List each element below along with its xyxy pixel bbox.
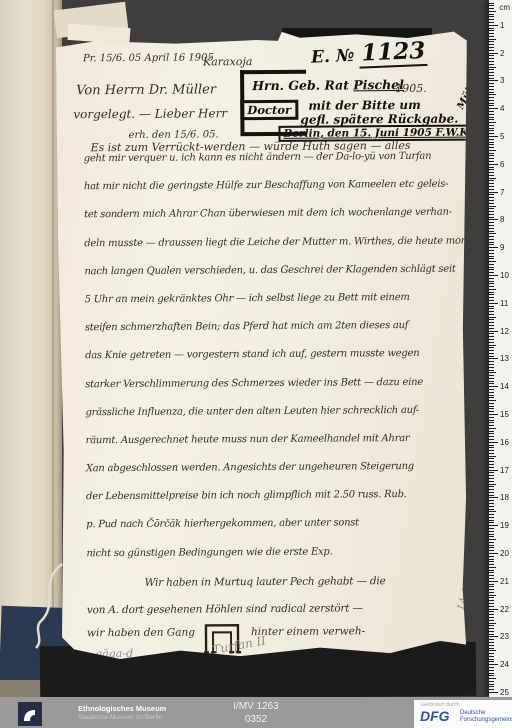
ruler-tick (489, 28, 494, 29)
ruler-tick (489, 522, 494, 523)
ruler-tick (489, 408, 494, 409)
ruler-tick (489, 206, 496, 207)
ruler-tick (489, 92, 494, 93)
ruler-tick (489, 331, 498, 332)
ruler-tick (489, 264, 494, 265)
ruler-tick (489, 225, 494, 226)
manuscript-line: nicht so günstigen Bedingungen wie die e… (86, 545, 485, 576)
ruler-tick (489, 64, 494, 65)
recipient-title: Hrn. Geb. Rat (252, 77, 353, 93)
ruler-tick (489, 130, 494, 131)
ruler-tick (489, 484, 496, 485)
museum-text-block: Ethnologisches Museum Staatliche Museen … (78, 704, 166, 722)
ruler-tick (489, 78, 494, 79)
ruler-tick (489, 567, 496, 568)
ruler-tick (489, 58, 494, 59)
ruler-tick (489, 97, 494, 98)
ruler-tick (489, 559, 494, 560)
ruler-tick (489, 286, 494, 287)
ruler-tick (489, 389, 494, 390)
scan-stage: 43 Pr. 15/6. 05 April 16 1905 Karaxoja E… (0, 0, 512, 728)
ruler-tick (489, 620, 494, 621)
manuscript-line: Xan abgeschlossen werden. Angesichts der… (86, 461, 485, 492)
ruler-tick (489, 61, 494, 62)
ruler-tick (489, 306, 494, 307)
ruler-tick (489, 192, 498, 193)
ruler-tick (489, 600, 494, 601)
manuscript-line: tet sondern mich Ahrar Chan überwiesen m… (84, 207, 483, 238)
ruler-tick (489, 470, 498, 471)
ruler-tick (489, 447, 494, 448)
ruler-number: 16 (500, 438, 509, 447)
ruler-tick (489, 528, 494, 529)
ruler-tick (489, 545, 494, 546)
ruler-tick (489, 383, 494, 384)
ruler-tick (489, 180, 494, 181)
ruler-tick (489, 486, 494, 487)
ruler-tick (489, 397, 494, 398)
ruler-number: 8 (500, 215, 504, 224)
ruler-tick (489, 19, 494, 20)
ruler-tick (489, 442, 498, 443)
recipient-year: 1905. (395, 82, 427, 95)
letter-body: geht mir verquer u. ich kann es nicht än… (84, 150, 486, 576)
ruler-tick (489, 203, 494, 204)
salutation-line: vorgelegt. — Lieber Herr (73, 106, 227, 121)
ruler-number: 9 (500, 243, 504, 252)
ruler-tick (489, 364, 494, 365)
ruler-number: 23 (500, 632, 509, 641)
manuscript-line: der Lebensmittelpreise bin ich noch glim… (86, 489, 485, 520)
ruler-tick (489, 194, 494, 195)
ruler-tick (489, 464, 494, 465)
ruler-tick (489, 186, 494, 187)
ruler-tick (489, 30, 494, 31)
ruler-tick (489, 336, 494, 337)
ruler-tick (489, 233, 496, 234)
received-note: erh. den 15/6. 05. (128, 129, 218, 141)
ruler-tick (489, 478, 494, 479)
ruler-tick (489, 439, 494, 440)
ruler-tick (489, 539, 496, 540)
ruler-tick (489, 414, 498, 415)
ruler-tick (489, 586, 494, 587)
ruler-tick (489, 267, 494, 268)
ruler-tick (489, 72, 494, 73)
ruler-tick (489, 497, 498, 498)
manuscript-line: das Knie getreten — vorgestern stand ich… (85, 348, 484, 379)
museum-logo (18, 702, 42, 726)
ruler-tick (489, 628, 494, 629)
ruler-tick (489, 500, 494, 501)
ruler-tick (489, 164, 498, 165)
ruler-tick (489, 650, 496, 651)
ruler-tick (489, 492, 494, 493)
ruler-tick (489, 231, 494, 232)
manuscript-line: deln musste — draussen liegt die Leiche … (84, 235, 483, 266)
ruler-tick (489, 453, 494, 454)
museum-name: Ethnologisches Museum (78, 704, 166, 713)
ruler-tick (489, 597, 494, 598)
ruler-number: 11 (500, 299, 508, 308)
ruler-tick (489, 161, 494, 162)
ruler-tick (489, 89, 494, 90)
ruler-tick (489, 3, 494, 4)
ruler-tick (489, 36, 494, 37)
manuscript-line: starker Verschlimmerung des Schmerzes wi… (85, 376, 484, 407)
ruler-tick (489, 236, 494, 237)
ruler-tick (489, 614, 494, 615)
ruler-tick (489, 611, 494, 612)
ruler: cm 1234567891011121314151617181920212223… (489, 0, 512, 698)
ruler-tick (489, 681, 494, 682)
ruler-tick (489, 603, 494, 604)
ruler-tick (489, 506, 494, 507)
ruler-tick (489, 420, 494, 421)
ruler-tick (489, 47, 494, 48)
ruler-tick (489, 667, 494, 668)
ruler-tick (489, 275, 498, 276)
ruler-tick (489, 16, 494, 17)
museum-logo-glyph (18, 702, 42, 726)
ruler-number: 17 (500, 466, 509, 475)
ruler-tick (489, 370, 494, 371)
object-id-block: I/MV 1263 0352 (176, 701, 336, 725)
ruler-tick (489, 520, 494, 521)
ruler-tick (489, 428, 496, 429)
ruler-number: 13 (500, 354, 509, 363)
ruler-tick (489, 136, 498, 137)
manuscript-line: grässliche Influenza, die unter den alte… (85, 404, 484, 435)
ruler-tick (489, 595, 496, 596)
manuscript-line: nach langen Qualen verschieden, u. das G… (84, 263, 483, 294)
ruler-number: 1 (500, 21, 504, 30)
ruler-tick (489, 75, 494, 76)
ruler-number: 4 (500, 104, 504, 113)
ruler-tick (489, 125, 494, 126)
doctor-boxed-note: Doctor (240, 100, 298, 120)
museum-subtitle: Staatliche Museen zu Berlin (78, 713, 166, 722)
ruler-tick (489, 197, 494, 198)
ruler-tick (489, 673, 494, 674)
ruler-tick (489, 606, 494, 607)
ruler-number: 6 (500, 160, 504, 169)
ruler-tick (489, 375, 494, 376)
ruler-tick (489, 155, 494, 156)
berlin-stamp-signature: Müller (455, 73, 482, 111)
image-number: 0352 (176, 714, 336, 725)
ruler-tick (489, 244, 494, 245)
ruler-tick (489, 128, 494, 129)
ruler-tick (489, 328, 494, 329)
ruler-tick (489, 514, 494, 515)
ruler-tick (489, 269, 494, 270)
ruler-tick (489, 617, 494, 618)
ruler-tick (489, 150, 496, 151)
ruler-tick (489, 53, 498, 54)
ruler-tick (489, 458, 494, 459)
ruler-tick (489, 664, 498, 665)
ruler-tick (489, 592, 494, 593)
ruler-number: 22 (500, 605, 509, 614)
ruler-tick (489, 153, 494, 154)
ruler-tick (489, 648, 494, 649)
letter-from-line: Von Herrn Dr. Müller (76, 82, 216, 98)
funder-name: Deutsche Forschungsgemeinschaft (460, 710, 512, 724)
ruler-tick (489, 436, 494, 437)
ruler-tick (489, 345, 496, 346)
ruler-tick (489, 475, 494, 476)
manuscript-line: p. Pud nach Čōrčäk hierhergekommen, aber… (86, 517, 485, 548)
ruler-tick (489, 581, 498, 582)
ruler-tick (489, 33, 494, 34)
ruler-tick (489, 675, 494, 676)
ruler-tick (489, 311, 494, 312)
ruler-number: 10 (500, 271, 509, 280)
ruler-tick (489, 536, 494, 537)
ruler-tick (489, 623, 496, 624)
ruler-tick (489, 41, 494, 42)
ruler-tick (489, 258, 494, 259)
ruler-tick (489, 69, 494, 70)
ruler-tick (489, 403, 494, 404)
ruler-tick (489, 239, 494, 240)
ruler-tick (489, 406, 494, 407)
ruler-number: 15 (500, 410, 509, 419)
ruler-tick (489, 319, 494, 320)
ruler-tick (489, 350, 494, 351)
ruler-tick (489, 261, 496, 262)
ruler-tick (489, 422, 494, 423)
ruler-tick (489, 111, 494, 112)
ruler-tick (489, 172, 494, 173)
ruler-tick (489, 103, 494, 104)
ruler-tick (489, 211, 494, 212)
ruler-tick (489, 542, 494, 543)
ruler-tick (489, 564, 494, 565)
ruler-tick (489, 461, 494, 462)
ruler-tick (489, 689, 494, 690)
ruler-tick (489, 417, 494, 418)
ruler-tick (489, 39, 496, 40)
ruler-tick (489, 609, 498, 610)
ruler-tick (489, 653, 494, 654)
ruler-tick (489, 122, 496, 123)
entry-number: E. № 1123 (310, 37, 427, 69)
ruler-tick (489, 300, 494, 301)
ruler-tick (489, 80, 498, 81)
letter-dateline: Pr. 15/6. 05 April 16 1905 (83, 52, 214, 64)
ruler-tick (489, 661, 494, 662)
ruler-tick (489, 303, 498, 304)
ruler-tick (489, 100, 494, 101)
ruler-tick (489, 361, 494, 362)
ruler-tick (489, 525, 498, 526)
funder-name-line1: Deutsche (460, 710, 512, 717)
ruler-tick (489, 456, 496, 457)
tape-fragment (68, 24, 131, 44)
ruler-tick (489, 645, 494, 646)
manuscript-line: 5 Uhr an mein gekränktes Ohr — ich selbs… (85, 291, 484, 322)
ruler-tick (489, 531, 494, 532)
binding-thread (26, 560, 68, 650)
ruler-tick (489, 678, 496, 679)
ruler-tick (489, 114, 494, 115)
ruler-tick (489, 247, 498, 248)
ruler-tick (489, 214, 494, 215)
ruler-tick (489, 14, 494, 15)
ruler-tick (489, 400, 496, 401)
ruler-tick (489, 372, 496, 373)
ruler-tick (489, 294, 494, 295)
object-id: I/MV 1263 (176, 701, 336, 712)
ruler-tick (489, 339, 494, 340)
pencil-margin-number: 1A 1160 (456, 568, 478, 612)
ruler-number: 7 (500, 188, 504, 197)
ruler-unit-label: cm (499, 3, 510, 12)
ruler-tick (489, 670, 494, 671)
request-line-1: mit der Bitte um (308, 98, 421, 113)
ruler-tick (489, 495, 494, 496)
ruler-tick (489, 325, 494, 326)
ruler-tick (489, 584, 494, 585)
ruler-tick (489, 570, 494, 571)
footer-bar: Ethnologisches Museum Staatliche Museen … (0, 697, 512, 728)
ruler-tick (489, 147, 494, 148)
last-line-after: hinter einem verweh- (251, 625, 365, 638)
ruler-tick (489, 167, 494, 168)
ruler-tick (489, 250, 494, 251)
ruler-tick (489, 297, 494, 298)
manuscript-paper: Pr. 15/6. 05 April 16 1905 Karaxoja E. №… (56, 29, 474, 668)
ruler-tick (489, 208, 494, 209)
ruler-number: 20 (500, 549, 509, 558)
ruler-tick (489, 142, 494, 143)
manuscript-line: hat mir nicht die geringste Hülfe zur Be… (84, 179, 483, 210)
manuscript-line: Wir haben in Murtuq lauter Pech gehabt —… (87, 575, 386, 604)
ruler-number: 21 (500, 577, 509, 586)
ruler-tick (489, 289, 496, 290)
ruler-tick (489, 636, 498, 637)
ruler-tick (489, 183, 494, 184)
letter-place: Karaxoja (203, 55, 252, 68)
ruler-tick (489, 283, 494, 284)
ruler-tick (489, 381, 494, 382)
ruler-tick (489, 8, 494, 9)
ruler-tick (489, 105, 494, 106)
ruler-tick (489, 83, 494, 84)
ruler-tick (489, 281, 494, 282)
ruler-tick (489, 356, 494, 357)
funder-name-line2: Forschungsgemeinschaft (460, 717, 512, 724)
ruler-tick (489, 308, 494, 309)
ruler-tick (489, 631, 494, 632)
ruler-tick (489, 158, 494, 159)
ruler-tick (489, 625, 494, 626)
ruler-tick (489, 392, 494, 393)
ruler-tick (489, 589, 494, 590)
ruler-tick (489, 572, 494, 573)
manuscript-line: steifen schmerzhaften Bein; das Pferd ha… (85, 320, 484, 351)
ruler-tick (489, 25, 498, 26)
ruler-tick (489, 367, 494, 368)
ruler-number: 18 (500, 493, 509, 502)
ruler-tick (489, 634, 494, 635)
ruler-tick (489, 272, 494, 273)
recipient-note: Hrn. Geb. Rat Pischel (252, 77, 404, 93)
ruler-tick (489, 219, 498, 220)
ruler-tick (489, 5, 494, 6)
ruler-tick (489, 44, 494, 45)
ruler-tick (489, 550, 494, 551)
ruler-tick (489, 472, 494, 473)
ruler-tick (489, 659, 494, 660)
ruler-tick (489, 686, 494, 687)
ruler-tick (489, 217, 494, 218)
ruler-tick (489, 575, 494, 576)
ruler-tick (489, 642, 494, 643)
ruler-tick (489, 547, 494, 548)
ruler-tick (489, 333, 494, 334)
ruler-tick (489, 692, 498, 693)
ruler-tick (489, 178, 496, 179)
ruler-tick (489, 117, 494, 118)
ruler-number: 25 (500, 688, 509, 697)
ruler-tick (489, 228, 494, 229)
ruler-tick (489, 517, 494, 518)
ruler-number: 2 (500, 49, 504, 58)
ruler-tick (489, 108, 498, 109)
ruler-tick (489, 467, 494, 468)
ruler-tick (489, 395, 494, 396)
ruler-tick (489, 314, 494, 315)
ruler-tick (489, 256, 494, 257)
manuscript-line: räumt. Ausgerechnet heute muss nun der K… (86, 432, 485, 463)
ruler-tick (489, 222, 494, 223)
ruler-tick (489, 503, 494, 504)
ruler-tick (489, 342, 494, 343)
ruler-number: 24 (500, 660, 509, 669)
ruler-tick (489, 386, 498, 387)
ruler-tick (489, 175, 494, 176)
ruler-number: 19 (500, 521, 509, 530)
ruler-tick (489, 639, 494, 640)
ruler-tick (489, 144, 494, 145)
ruler-tick (489, 347, 494, 348)
ruler-tick (489, 353, 494, 354)
ruler-tick (489, 139, 494, 140)
entry-number-value: 1123 (359, 37, 428, 69)
ruler-tick (489, 67, 496, 68)
ruler-tick (489, 94, 496, 95)
ruler-tick (489, 169, 494, 170)
ruler-tick (489, 481, 494, 482)
ruler-tick (489, 511, 496, 512)
ruler-tick (489, 358, 498, 359)
ruler-tick (489, 431, 494, 432)
last-line-before: wir haben den Gang (87, 626, 195, 639)
ruler-tick (489, 489, 494, 490)
dfg-logo: DFG (420, 708, 450, 724)
ruler-number: 5 (500, 132, 504, 141)
ruler-tick (489, 656, 494, 657)
ruler-tick (489, 22, 494, 23)
ruler-tick (489, 86, 494, 87)
ruler-tick (489, 509, 494, 510)
ruler-tick (489, 253, 494, 254)
ruler-tick (489, 425, 494, 426)
ruler-tick (489, 55, 494, 56)
